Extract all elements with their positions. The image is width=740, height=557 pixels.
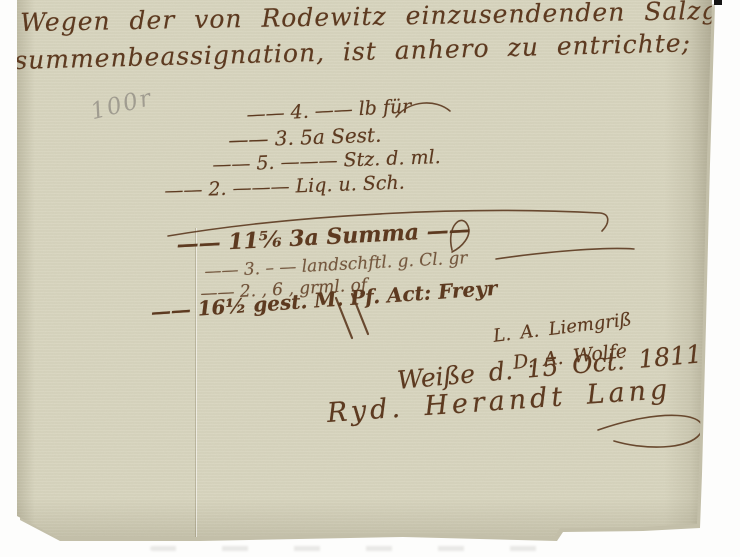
ledger-entry-1: —— 4. —— lb für [246,95,412,126]
ink-flourishes [0,0,740,557]
scanner-smudge [150,546,580,551]
signature-flourish [598,415,702,447]
document-scan: Wegen der von Rodewitz einzusendenden Sa… [0,0,740,557]
ledger-entry-4: —— 2. ——— Liq. u. Sch. [164,172,405,202]
ledger-entry-2: —— 3. 5a Sest. [228,123,382,152]
paper-grain-texture [0,0,740,557]
pencil-folio-note: 100r [88,85,155,125]
fold-crease-highlight [196,228,197,537]
paper-sheet: Wegen der von Rodewitz einzusendenden Sa… [0,0,740,557]
paper-edge-shading-left [17,0,35,557]
scan-corner-artifact [714,0,722,5]
flourish-summa-tail [496,248,634,259]
